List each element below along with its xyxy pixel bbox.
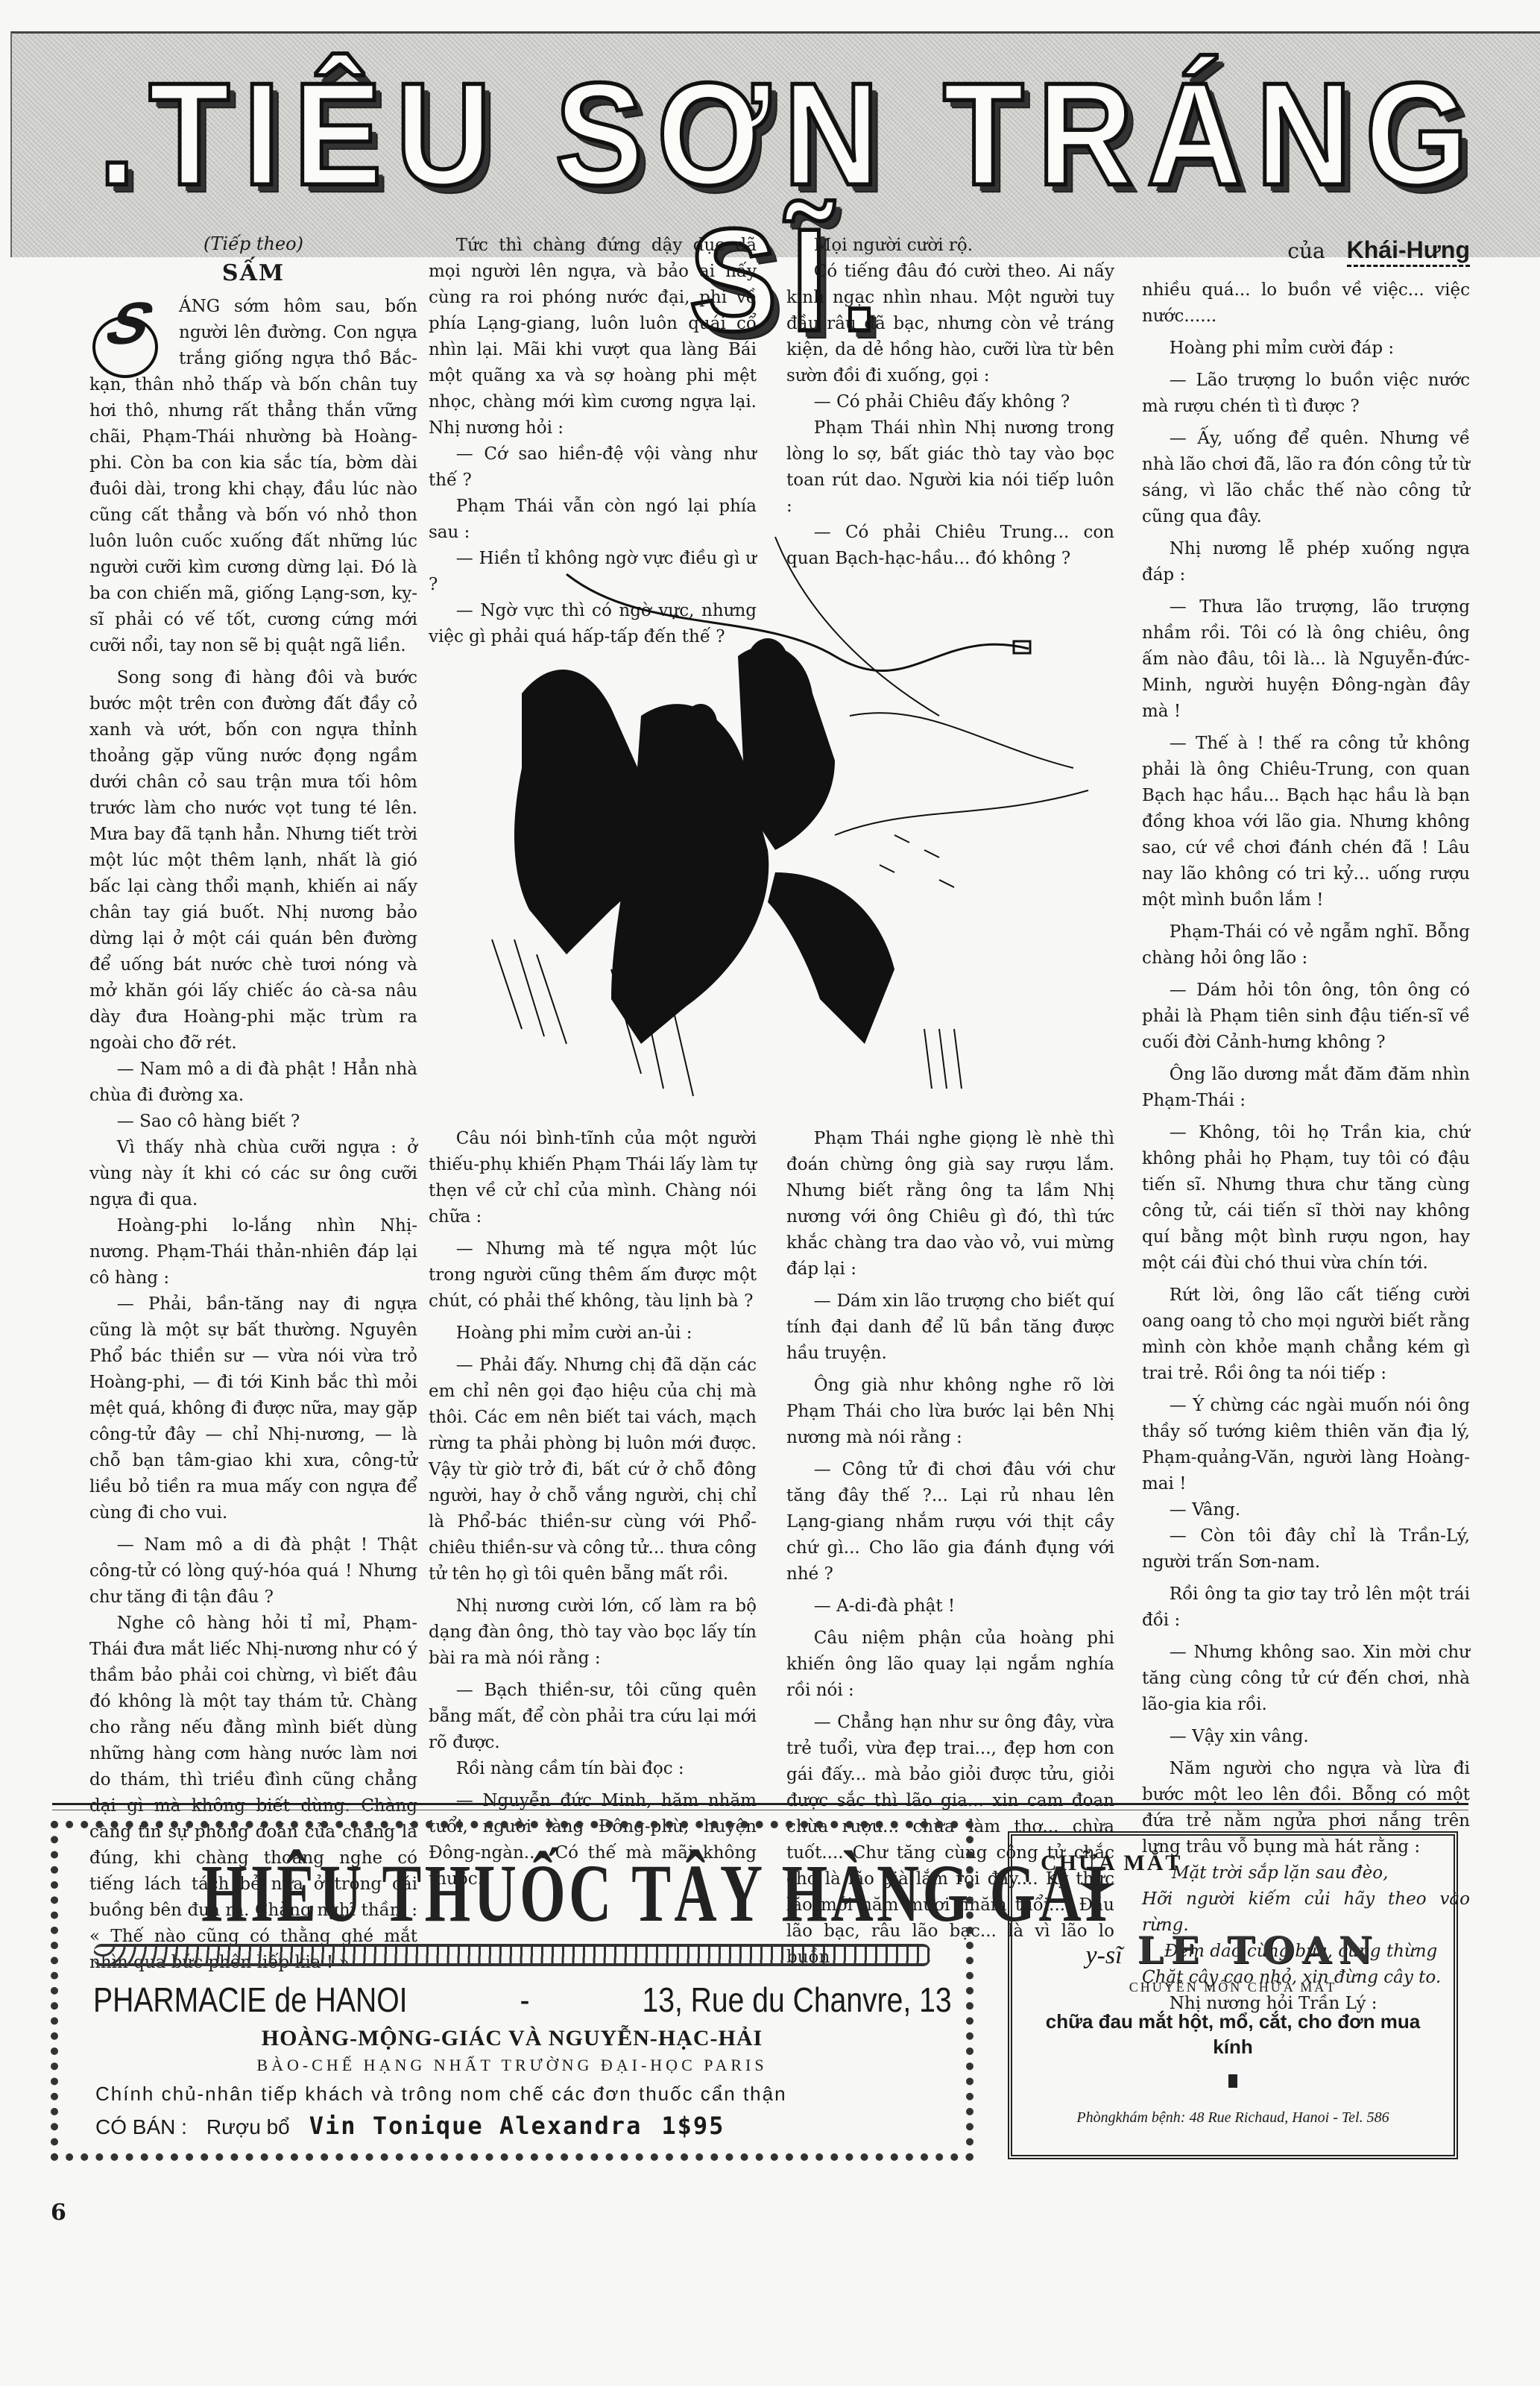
drop-cap: S <box>89 294 171 365</box>
horse-riders-illustration <box>417 522 1133 1118</box>
pharmacy-name-address: PHARMACIE de HANOI - 13, Rue du Chanvre,… <box>81 1980 965 2020</box>
separator: - <box>520 1980 529 2020</box>
paragraph: Phạm Thái nhìn Nhị nương trong lòng lo s… <box>786 415 1114 520</box>
doctor-services: chữa đau mắt hột, mổ, cắt, cho đơn mua k… <box>1035 2009 1431 2059</box>
newspaper-page: .TIÊU SƠN TRÁNG SĨ. (Tiếp theo) SẤM S ÁN… <box>0 0 1540 2386</box>
wave-ornament-icon <box>94 1944 930 1966</box>
author-name: Khái-Hưng <box>1347 236 1470 267</box>
paragraph: nhiều quá... lo buồn về việc... việc nướ… <box>1142 277 1470 330</box>
pharmacy-credential: BÀO-CHẾ HẠNG NHẤT TRƯỜNG ĐẠI-HỌC PARIS <box>81 2056 944 2075</box>
paragraph: — Ý chừng các ngài muốn nói ông thầy số … <box>1142 1393 1470 1497</box>
story-column-2-bottom: Câu nói bình-tĩnh của một người thiếu-ph… <box>429 1126 757 1892</box>
sale-price: 1$95 <box>661 2112 725 2140</box>
doctor-title: y-sĩ <box>1085 1942 1122 1970</box>
paragraph: — Thế à ! thế ra công tử không phải là ô… <box>1142 731 1470 913</box>
pharmacy-headline: HIÊU THUỐC TÂY HÀNG GAI <box>201 1846 823 1941</box>
paragraph: Vì thấy nhà chùa cưỡi ngựa : ở vùng này … <box>89 1135 417 1213</box>
paragraph: — Vậy xin vâng. <box>1142 1724 1470 1750</box>
paragraph: — Công tử đi chơi đâu với chư tăng đây t… <box>786 1457 1114 1587</box>
paragraph: — Không, tôi họ Trần kia, chứ không phải… <box>1142 1120 1470 1277</box>
paragraph: Nhị nương lễ phép xuống ngựa đáp : <box>1142 536 1470 588</box>
paragraph: — Phải đấy. Nhưng chị đã dặn các em chỉ … <box>429 1353 757 1587</box>
eye-doctor-advertisement: CHỮA MẮT y-sĩ LE TOAN CHUYÊN MÔN CHỮA MẮ… <box>1008 1831 1458 2159</box>
doctor-name-line: y-sĩ LE TOAN <box>1035 1928 1431 1972</box>
sale-brand: Vin Tonique Alexandra <box>309 2112 643 2140</box>
paragraph: Song song đi hàng đôi và bước bước một t… <box>89 665 417 1057</box>
paragraph: — Cớ sao hiền-đệ vội vàng như thế ? <box>429 441 757 494</box>
paragraph: Ông già như không nghe rõ lời Phạm Thái … <box>786 1373 1114 1451</box>
paragraph: — Còn tôi đây chỉ là Trần-Lý, người trấn… <box>1142 1523 1470 1576</box>
doctor-name: LE TOAN <box>1137 1928 1380 1972</box>
paragraph: Hoàng phi mỉm cười đáp : <box>1142 336 1470 362</box>
paragraph: — Nhưng không sao. Xin mời chư tăng cùng… <box>1142 1640 1470 1718</box>
byline-prefix: của <box>1287 239 1325 263</box>
byline: của Khái-Hưng <box>1142 237 1470 264</box>
paragraph: Rồi nàng cầm tín bài đọc : <box>429 1756 757 1782</box>
ad-separator-rule <box>52 1803 1468 1810</box>
paragraph: — Lão trượng lo buồn việc nước mà rượu c… <box>1142 368 1470 420</box>
chapter-title: SẤM <box>89 260 417 286</box>
paragraph: — Thưa lão trượng, lão trượng nhầm rồi. … <box>1142 594 1470 725</box>
paragraph: Ông lão dương mắt đăm đăm nhìn Phạm-Thái… <box>1142 1062 1470 1114</box>
paragraph: — Nhưng mà tế ngựa một lúc trong người c… <box>429 1236 757 1315</box>
paragraph: Câu nói bình-tĩnh của một người thiếu-ph… <box>429 1126 757 1230</box>
paragraph: — Sao cô hàng biết ? <box>89 1109 417 1135</box>
paragraph: — Vâng. <box>1142 1497 1470 1523</box>
pharmacy-address: 13, Rue du Chanvre, 13 <box>642 1980 951 2020</box>
paragraph: Hoàng phi mỉm cười an-ủi : <box>429 1321 757 1347</box>
eye-ad-heading: CHỮA MẮT <box>1041 1851 1431 1876</box>
continued-label: (Tiếp theo) <box>89 231 417 257</box>
sale-label: CÓ BÁN : <box>95 2115 187 2139</box>
triangle-ornament-icon <box>1079 1883 1115 1894</box>
paragraph: — Ấy, uống để quên. Nhưng về nhà lão chơ… <box>1142 426 1470 530</box>
paragraph: — A-di-đà phật ! <box>786 1593 1114 1619</box>
paragraph: — Phải, bần-tăng nay đi ngựa cũng là một… <box>89 1291 417 1526</box>
pharmacy-service: Chính chủ-nhân tiếp khách và trông nom c… <box>81 2083 944 2106</box>
story-column-1: (Tiếp theo) SẤM S ÁNG sớm hôm sau, bốn n… <box>89 231 417 1976</box>
page-number: 6 <box>51 2200 66 2226</box>
paragraph: — Nam mô a di đà phật ! Thật công-tử có … <box>89 1532 417 1611</box>
clinic-address: Phòngkhám bệnh: 48 Rue Richaud, Hanoi - … <box>1035 2109 1431 2127</box>
pharmacy-advertisement: HIÊU THUỐC TÂY HÀNG GAI PHARMACIE de HAN… <box>51 1821 973 2161</box>
paragraph: — Có phải Chiêu đấy không ? <box>786 389 1114 415</box>
story-column-3-top: Mọi người cười rộ. Có tiếng đâu đó cười … <box>786 233 1114 572</box>
pharmacy-name-fr: PHARMACIE de HANOI <box>93 1980 408 2020</box>
pharmacy-product: CÓ BÁN : Rượu bổ Vin Tonique Alexandra 1… <box>81 2112 944 2140</box>
paragraph: Có tiếng đâu đó cười theo. Ai nấy kinh n… <box>786 259 1114 389</box>
paragraph: Mọi người cười rộ. <box>786 233 1114 259</box>
paragraph: Nhị nương cười lớn, cố làm ra bộ dạng đà… <box>429 1593 757 1672</box>
doctor-specialty: CHUYÊN MÔN CHỮA MẮT <box>1035 1980 1431 1995</box>
pharmacy-owners: HOÀNG-MỘNG-GIÁC VÀ NGUYỄN-HẠC-HẢI <box>81 2026 944 2051</box>
paragraph: — Bạch thiền-sư, tôi cũng quên bẵng mất,… <box>429 1678 757 1756</box>
paragraph: — Dám hỏi tôn ông, tôn ông có phải là Ph… <box>1142 978 1470 1056</box>
ornament-mark-icon <box>1228 2074 1237 2088</box>
paragraph: Câu niệm phận của hoàng phi khiến ông lã… <box>786 1625 1114 1704</box>
paragraph: — Dám xin lão trượng cho biết quí tính đ… <box>786 1288 1114 1367</box>
paragraph: Rồi ông ta giơ tay trỏ lên một trái đồi … <box>1142 1581 1470 1634</box>
paragraph: Tức thì chàng đứng dậy dục dã mọi người … <box>429 233 757 441</box>
sale-item: Rượu bổ <box>206 2115 290 2139</box>
story-column-4: của Khái-Hưng nhiều quá... lo buồn về vi… <box>1142 237 1470 2017</box>
paragraph: Hoàng-phi lo-lắng nhìn Nhị-nương. Phạm-T… <box>89 1213 417 1291</box>
paragraph: Phạm Thái nghe giọng lè nhè thì đoán chừ… <box>786 1126 1114 1282</box>
paragraph: — Nam mô a di đà phật ! Hẳn nhà chùa đi … <box>89 1057 417 1109</box>
paragraph: Phạm-Thái có vẻ ngẫm nghĩ. Bỗng chàng hỏ… <box>1142 919 1470 972</box>
paragraph: Rứt lời, ông lão cất tiếng cười oang oan… <box>1142 1282 1470 1387</box>
